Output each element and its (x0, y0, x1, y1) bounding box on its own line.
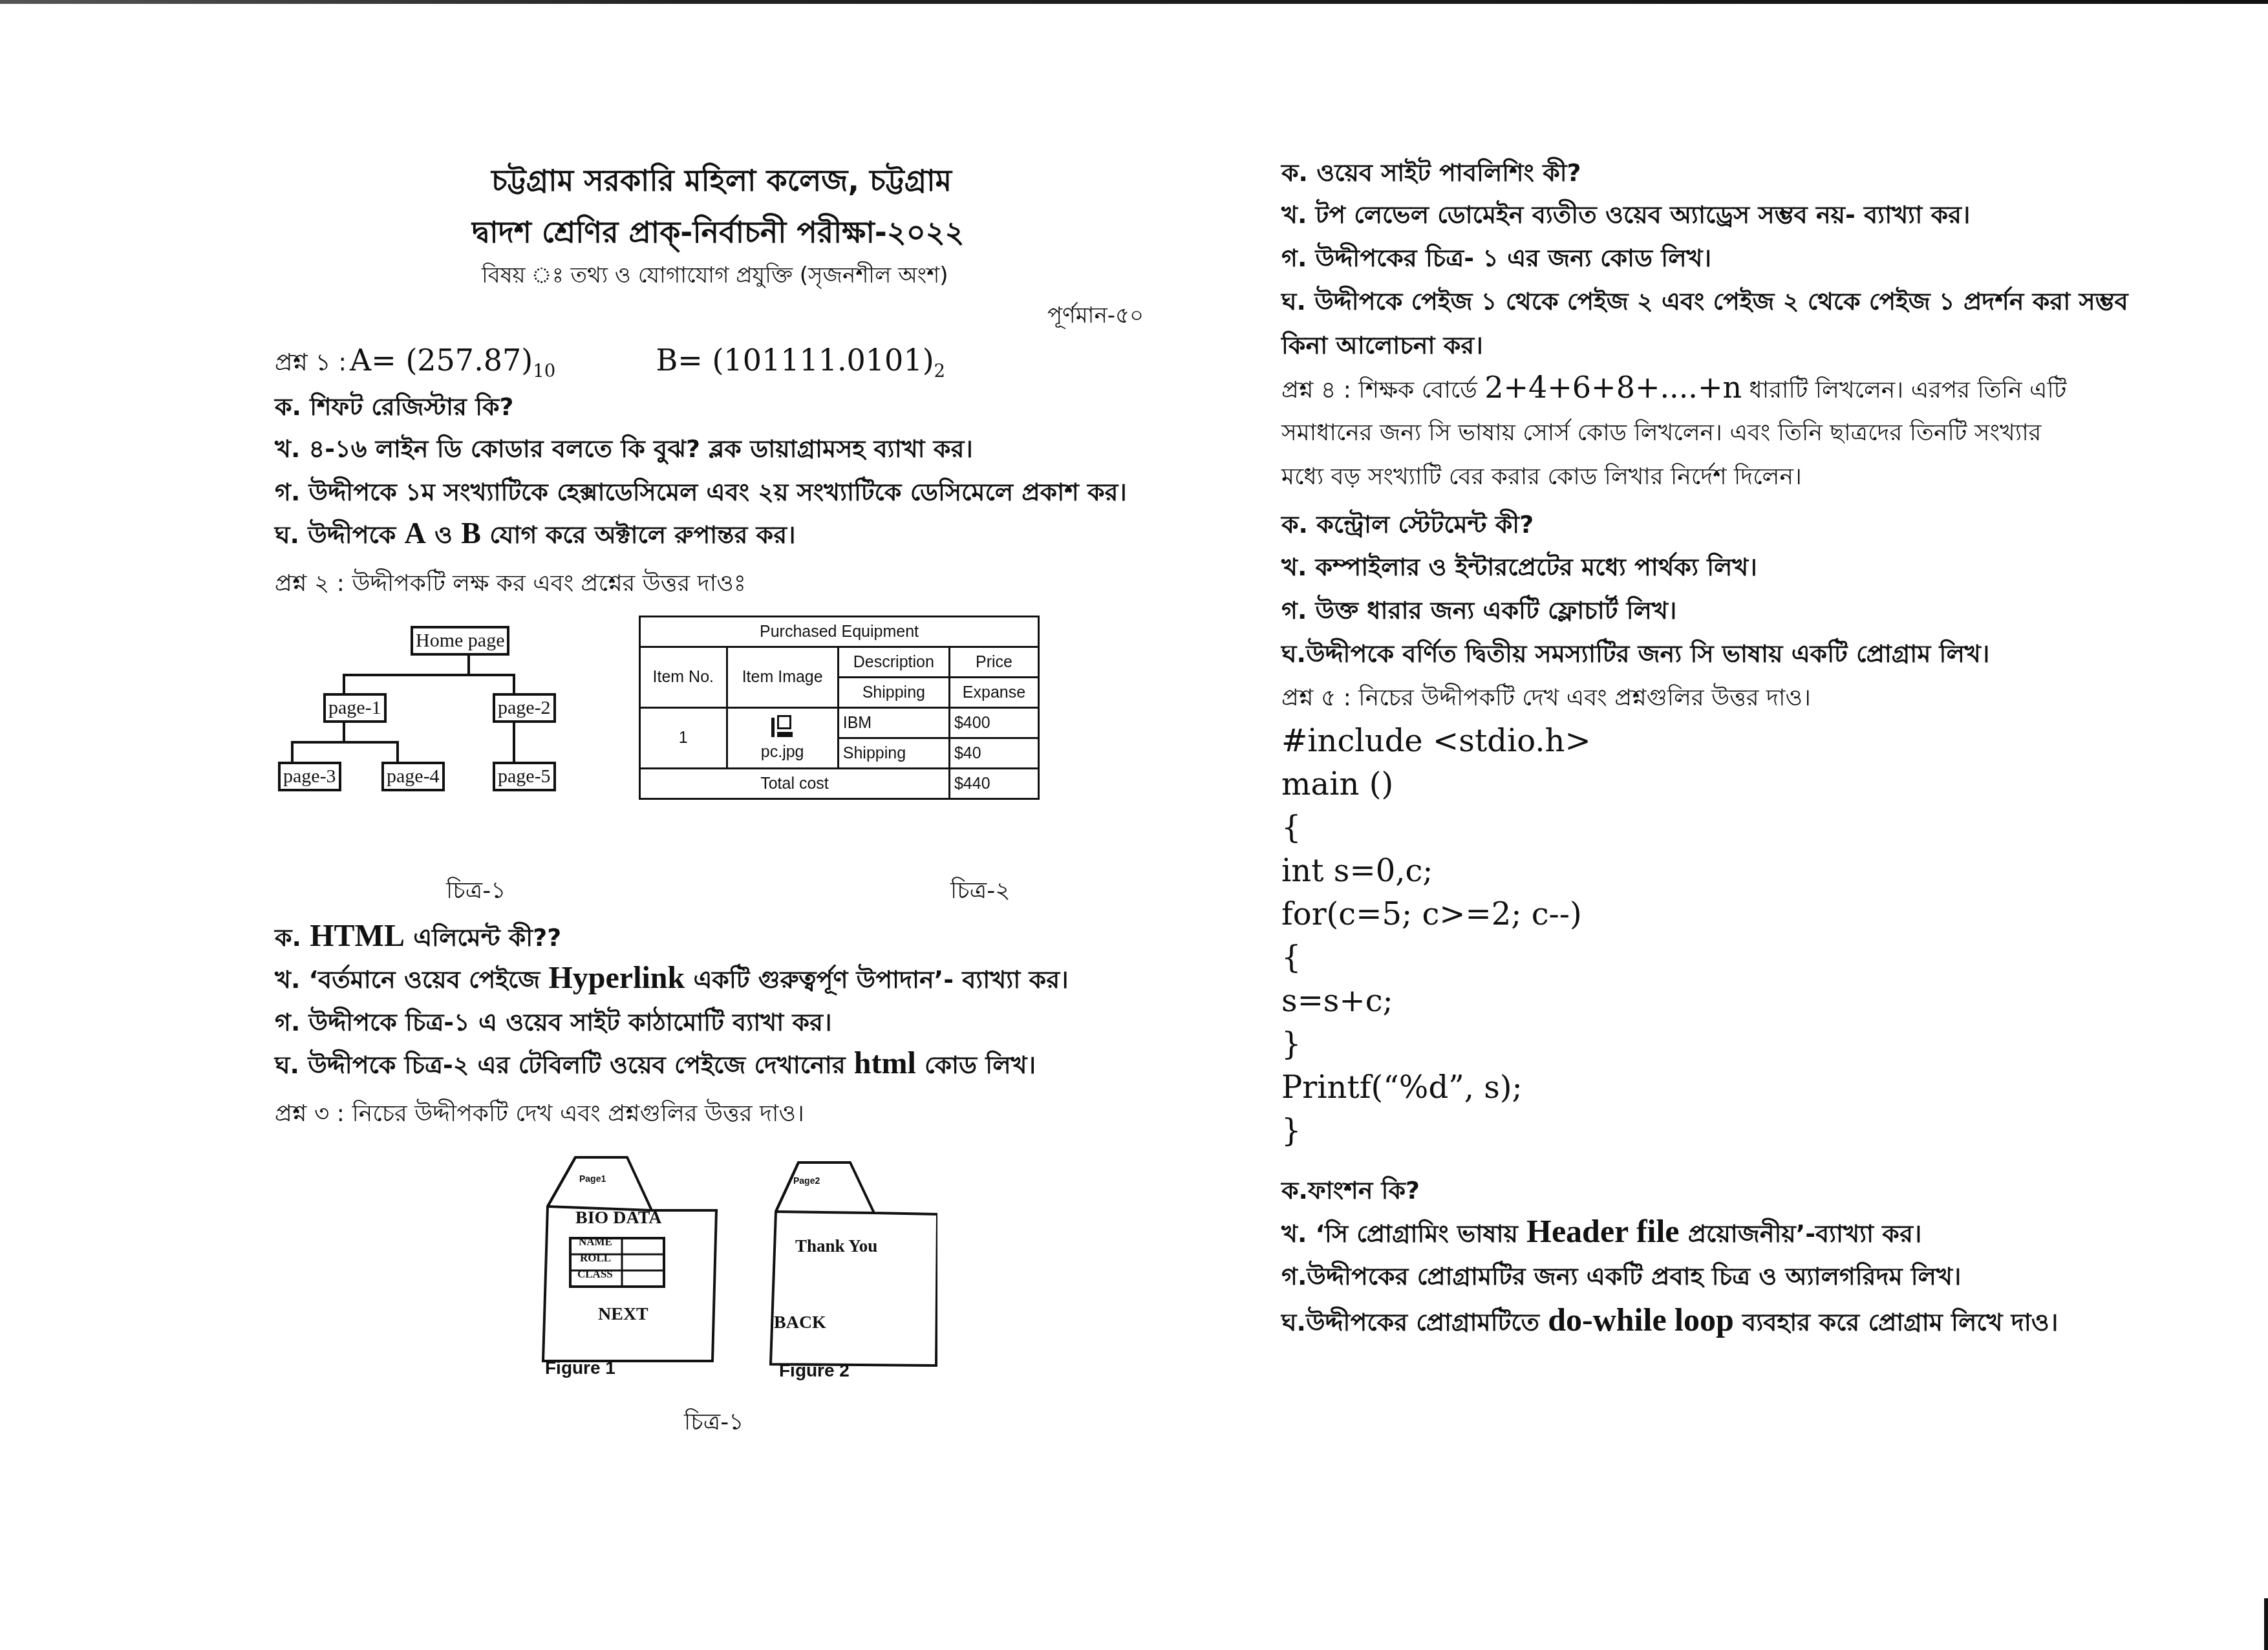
tree-node-page-4: page-4 (381, 762, 445, 791)
tree-node-page-1: page-1 (323, 693, 387, 723)
q4-stem-line1: প্রশ্ন ৪ : শিক্ষক বোর্ডে 2+4+6+8+....+n … (1281, 370, 2066, 411)
cell-price-40: $40 (949, 738, 1038, 769)
cell-item-no: 1 (640, 708, 727, 769)
header-item-image: Item Image (727, 647, 838, 708)
q5-gha: ঘ.উদ্দীপকের প্রোগ্রামটিতে do-while loop … (1281, 1301, 2058, 1345)
q5-ka: ক.ফাংশন কি? (1281, 1172, 1420, 1213)
code-line: Printf(“%d”, s); (1281, 1069, 1591, 1113)
figure2-label: Figure 2 (779, 1360, 850, 1381)
c-code-block: #include <stdio.h>main (){int s=0,c;for(… (1281, 723, 1591, 1156)
code-line: s=s+c; (1281, 983, 1591, 1026)
code-line: int s=0,c; (1281, 853, 1591, 896)
q3-ka: ক. ওয়েব সাইট পাবলিশিং কী? (1281, 154, 1581, 195)
code-line: #include <stdio.h> (1281, 723, 1591, 766)
figure2-message: Thank You (795, 1236, 877, 1256)
code-line: main () (1281, 766, 1591, 809)
figure1-field-name: NAME (579, 1236, 612, 1248)
code-line: for(c=5; c>=2; c--) (1281, 896, 1591, 939)
header-shipping: Shipping (838, 678, 949, 708)
q1-ka: ক. শিফট রেজিস্টার কি? (275, 388, 514, 429)
q2-gha: ঘ. উদ্দীপকে চিত্র-২ এর টেবিলটি ওয়েব পেই… (275, 1045, 1036, 1087)
code-line: { (1281, 809, 1591, 853)
q4-ka: ক. কন্ট্রোল স্টেটমেন্ট কী? (1281, 506, 1534, 547)
q1-ga: গ. উদ্দীপকে ১ম সংখ্যাটিকে হেক্সাডেসিমেল … (275, 473, 1127, 515)
table-row-total: Total cost $440 (640, 769, 1039, 799)
q5-kha: খ. ‘সি প্রোগ্রামিং ভাষায় Header file প্… (1281, 1212, 1921, 1256)
q1-stem: প্রশ্ন ১ : A= (257.87)10 B= (101111.0101… (275, 343, 945, 384)
q5-ga: গ.উদ্দীপকের প্রোগ্রামটির জন্য একটি প্রবা… (1281, 1258, 1961, 1299)
figure-caption-1: চিত্র-১ (446, 873, 506, 912)
computer-icon (771, 715, 793, 738)
figure1-next-button: NEXT (598, 1304, 648, 1325)
institution-title: চট্টগ্রাম সরকারি মহিলা কলেজ, চট্টগ্রাম (491, 158, 952, 208)
q4-gha: ঘ.উদ্দীপকে বর্ণিত দ্বিতীয় সমস্যাটির জন্… (1281, 635, 1989, 676)
cell-price-400: $400 (949, 708, 1038, 738)
q1-gha: ঘ. উদ্দীপকে A ও B যোগ করে অক্টালে রুপান্… (275, 516, 796, 557)
figure1-field-class: CLASS (577, 1268, 613, 1281)
figure2-tab-label: Page2 (793, 1175, 820, 1186)
q2-stem: প্রশ্ন ২ : উদ্দীপকটি লক্ষ কর এবং প্রশ্নে… (275, 566, 746, 605)
code-line: } (1281, 1026, 1591, 1069)
table-row: 1 pc.jpg IBM $400 (640, 708, 1039, 738)
cell-desc-ibm: IBM (838, 708, 949, 738)
figure1-tab-label: Page1 (579, 1173, 606, 1184)
q2-ga: গ. উদ্দীপকে চিত্র-১ এ ওয়েব সাইট কাঠামোট… (275, 1003, 832, 1045)
q3-gha-line1: ঘ. উদ্দীপকে পেইজ ১ থেকে পেইজ ২ এবং পেইজ … (1281, 283, 2128, 324)
code-line: { (1281, 939, 1591, 983)
q3-stem: প্রশ্ন ৩ : নিচের উদ্দীপকটি দেখ এবং প্রশ্… (275, 1096, 804, 1135)
cell-desc-shipping: Shipping (838, 738, 949, 769)
q4-stem-line2: সমাধানের জন্য সি ভাষায় সোর্স কোড লিখলেন… (1281, 415, 2041, 454)
q1-number-b: B= (101111.0101)2 (656, 343, 945, 378)
header-item-no: Item No. (640, 647, 727, 708)
figure1-field-roll: ROLL (580, 1252, 611, 1265)
total-label: Total cost (640, 769, 950, 799)
figure-caption-2: চিত্র-২ (950, 873, 1011, 912)
header-description: Description (838, 647, 949, 678)
q2-ka: ক. HTML এলিমেন্ট কী?? (275, 918, 561, 960)
cell-item-image: pc.jpg (727, 708, 838, 769)
q2-kha: খ. ‘বর্তমানে ওয়েব পেইজে Hyperlink একটি … (275, 960, 1069, 1002)
tree-node-page-5: page-5 (493, 762, 556, 791)
q1-kha: খ. ৪-১৬ লাইন ডি কোডার বলতে কি বুঝ? ব্লক … (275, 430, 973, 471)
tree-node-page-2: page-2 (493, 693, 556, 723)
q1-label: প্রশ্ন ১ : (275, 348, 347, 376)
code-line: } (1281, 1113, 1591, 1156)
scan-edge-top (0, 0, 2268, 4)
q3-figure-caption: চিত্র-১ (684, 1404, 744, 1443)
q3-kha: খ. টপ লেভেল ডোমেইন ব্যতীত ওয়েব অ্যাড্রে… (1281, 196, 1970, 237)
tree-node-page-3: page-3 (278, 762, 341, 791)
total-value: $440 (949, 769, 1038, 799)
q3-ga: গ. উদ্দীপকের চিত্র- ১ এর জন্য কোড লিখ। (1281, 239, 1711, 281)
q4-stem-line3: মধ্যে বড় সংখ্যাটি বের করার কোড লিখার নি… (1281, 459, 1802, 498)
header-price: Price (949, 647, 1038, 678)
q1-number-a: A= (257.87)10 (350, 343, 555, 378)
scan-edge-corner (2264, 1598, 2268, 1650)
image-filename: pc.jpg (761, 743, 804, 761)
subject-line: বিষয় ঃ তথ্য ও যোগাযোগ প্রযুক্তি (সৃজনশী… (482, 259, 948, 295)
full-marks: পূর্ণমান-৫০ (1047, 299, 1144, 336)
figure1-heading: BIO DATA (575, 1208, 662, 1228)
figure2-back-button: BACK (774, 1312, 826, 1333)
purchased-equipment-table: Purchased Equipment Item No. Item Image … (639, 616, 1040, 800)
q4-ga: গ. উক্ত ধারার জন্য একটি ফ্লোচার্ট লিখ। (1281, 592, 1676, 633)
figure1-label: Figure 1 (545, 1358, 615, 1378)
q5-stem: প্রশ্ন ৫ : নিচের উদ্দীপকটি দেখ এবং প্রশ্… (1281, 680, 1811, 719)
tree-node-home: Home page (411, 626, 509, 656)
header-expanse: Expanse (949, 678, 1038, 708)
q4-kha: খ. কম্পাইলার ও ইন্টারপ্রেটের মধ্যে পার্থ… (1281, 548, 1757, 590)
exam-title: দ্বাদশ শ্রেণির প্রাক্-নির্বাচনী পরীক্ষা-… (472, 210, 964, 259)
site-structure-diagram: Home page page-1 page-2 page-3 page-4 pa… (284, 621, 582, 815)
q3-gha-line2: কিনা আলোচনা কর। (1281, 327, 1483, 368)
table-title: Purchased Equipment (640, 617, 1039, 647)
